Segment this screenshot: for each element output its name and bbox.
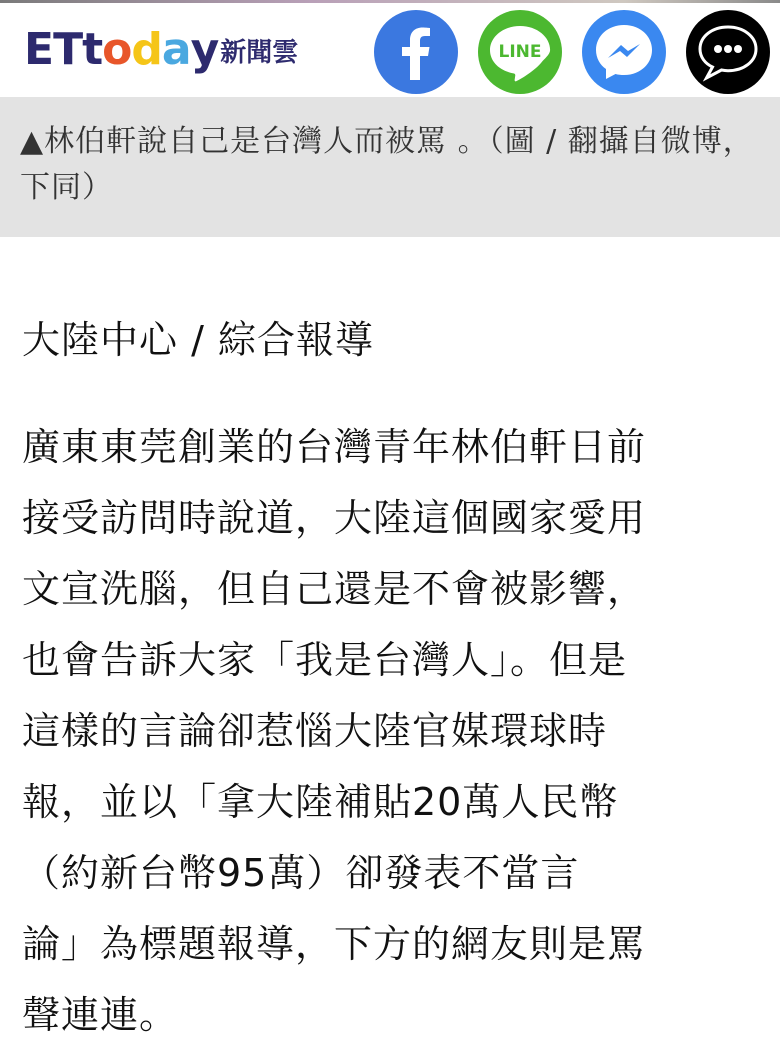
- messenger-icon: [582, 10, 666, 94]
- article-byline: 大陸中心 / 綜合報導: [22, 312, 374, 368]
- svg-text:LINE: LINE: [499, 42, 542, 62]
- logo-letter-o: o: [102, 28, 131, 72]
- article-line: 接受訪問時說道，大陸這個國家愛用: [22, 483, 762, 554]
- comment-button[interactable]: [686, 10, 770, 94]
- line-icon: LINE: [478, 10, 562, 94]
- image-caption: ▲林伯軒說自己是台灣人而被罵 。（圖 / 翻攝自微博，下同）: [20, 119, 760, 211]
- article-line: 聲連連。: [22, 980, 762, 1051]
- facebook-icon: [374, 10, 458, 94]
- image-caption-box: ▲林伯軒說自己是台灣人而被罵 。（圖 / 翻攝自微博，下同）: [0, 97, 780, 237]
- logo-letter-t-lower: t: [82, 28, 102, 72]
- logo-letter-y: y: [191, 28, 219, 72]
- speech-bubble-icon: [686, 10, 770, 94]
- logo-letter-d: d: [131, 28, 162, 72]
- article-line: 文宣洗腦，但自己還是不會被影響，: [22, 554, 762, 625]
- article-line: 這樣的言論卻惹惱大陸官媒環球時: [22, 696, 762, 767]
- article-body: 廣東東莞創業的台灣青年林伯軒日前 接受訪問時說道，大陸這個國家愛用 文宣洗腦，但…: [22, 412, 762, 1051]
- logo-letter-a: a: [162, 28, 191, 72]
- facebook-share-button[interactable]: [374, 10, 458, 94]
- logo-letter-t: T: [53, 28, 82, 72]
- messenger-share-button[interactable]: [582, 10, 666, 94]
- article-line: 報，並以「拿大陸補貼20萬人民幣: [22, 767, 762, 838]
- site-header: E T t o d a y 新聞雲 LINE: [0, 3, 780, 96]
- ettoday-logo[interactable]: E T t o d a y 新聞雲: [24, 25, 298, 75]
- logo-chinese-text: 新聞雲: [220, 32, 298, 69]
- logo-letter-e: E: [24, 28, 53, 72]
- article-line: 論」為標題報導，下方的網友則是罵: [22, 909, 762, 980]
- article-line: （約新台幣95萬）卻發表不當言: [22, 838, 762, 909]
- line-share-button[interactable]: LINE: [478, 10, 562, 94]
- article-line: 也會告訴大家「我是台灣人」。但是: [22, 625, 762, 696]
- article-line: 廣東東莞創業的台灣青年林伯軒日前: [22, 412, 762, 483]
